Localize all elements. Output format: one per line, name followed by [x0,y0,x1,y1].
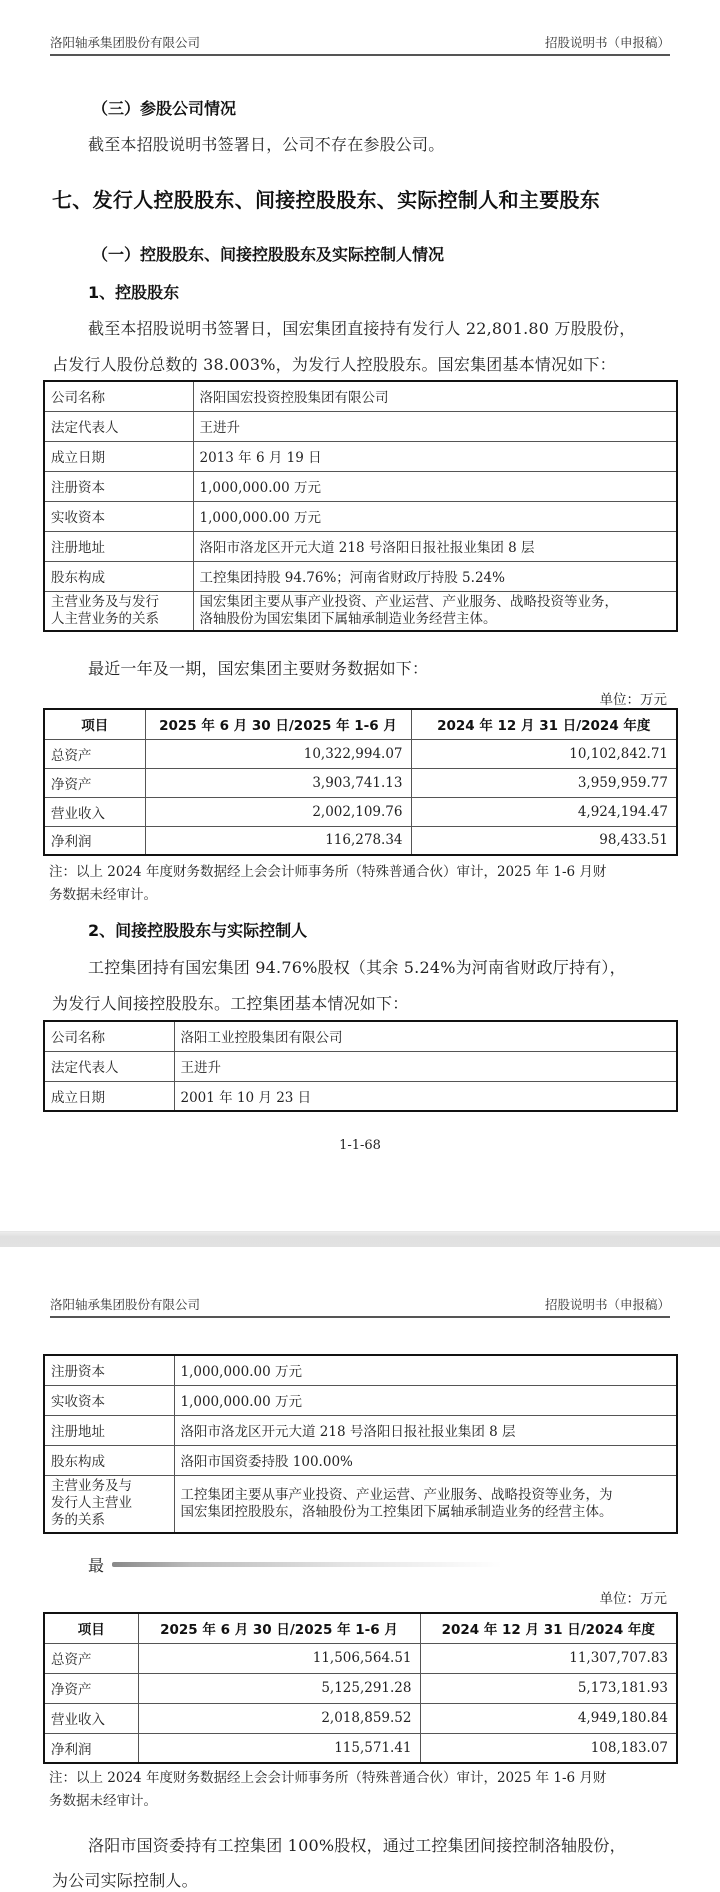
gongkong-info-table-continued: 注册资本 1,000,000.00 万元 实收资本 1,000,000.00 万… [43,1354,678,1534]
table-row: 净资产 5,125,291.28 5,173,181.93 [44,1673,677,1703]
table-row: 主营业务及与 发行人主营业 务的关系 工控集团主要从事产业投资、产业运营、产业服… [44,1475,677,1533]
cell-value: 5,125,291.28 [138,1673,420,1703]
table-value: 洛阳工业控股集团有限公司 [174,1021,677,1051]
label-line: 主营业务及与发行 [51,594,187,611]
paragraph-line: 为公司实际控制人。 [52,1868,198,1891]
loading-blur-strip [112,1562,502,1567]
table-row: 注册资本 1,000,000.00 万元 [44,471,677,501]
header-document-type: 招股说明书（申报稿） [545,1295,670,1313]
table-row: 法定代表人 王进升 [44,411,677,441]
table-label: 主营业务及与发行 人主营业务的关系 [44,591,193,631]
row-label: 营业收入 [44,797,145,826]
label-line: 发行人主营业 [51,1495,168,1512]
item-title-indirect-controller: 2、间接控股股东与实际控制人 [88,918,307,941]
gongkong-financial-table: 项目 2025 年 6 月 30 日/2025 年 1-6 月 2024 年 1… [43,1612,678,1764]
table-value: 国宏集团主要从事产业投资、产业运营、产业服务、战略投资等业务， 洛轴股份为国宏集… [193,591,677,631]
page-header: 洛阳轴承集团股份有限公司 招股说明书（申报稿） [50,36,670,56]
guohong-financial-table: 项目 2025 年 6 月 30 日/2025 年 1-6 月 2024 年 1… [43,708,678,856]
table-value: 工控集团持股 94.76%；河南省财政厅持股 5.24% [193,561,677,591]
table-value: 1,000,000.00 万元 [174,1355,677,1385]
gongkong-info-table: 公司名称 洛阳工业控股集团有限公司 法定代表人 王进升 成立日期 2001 年 … [43,1020,678,1112]
header-document-type: 招股说明书（申报稿） [545,33,670,51]
financial-note-line: 务数据未经审计。 [49,884,157,906]
value-line: 国宏集团控股股东，洛轴股份为工控集团下属轴承制造业务的经营主体。 [181,1504,671,1521]
row-label: 营业收入 [44,1703,138,1733]
cell-value: 4,924,194.47 [411,797,677,826]
table-row: 成立日期 2013 年 6 月 19 日 [44,441,677,471]
label-line: 人主营业务的关系 [51,611,187,628]
financial-note-line: 注：以上 2024 年度财务数据经上会会计师事务所（特殊普通合伙）审计，2025… [49,1767,606,1789]
table-value: 洛阳市洛龙区开元大道 218 号洛阳日报社报业集团 8 层 [174,1415,677,1445]
table-row: 股东构成 洛阳市国资委持股 100.00% [44,1445,677,1475]
column-header: 2024 年 12 月 31 日/2024 年度 [420,1613,677,1643]
table-row: 成立日期 2001 年 10 月 23 日 [44,1081,677,1111]
label-line: 务的关系 [51,1512,168,1529]
paragraph-line: 截至本招股说明书签署日，国宏集团直接持有发行人 22,801.80 万股股份， [88,316,635,339]
table-label: 股东构成 [44,1445,174,1475]
table-value: 工控集团主要从事产业投资、产业运营、产业服务、战略投资等业务，为 国宏集团控股股… [174,1475,677,1533]
table-row: 实收资本 1,000,000.00 万元 [44,501,677,531]
table-row: 公司名称 洛阳工业控股集团有限公司 [44,1021,677,1051]
table-value: 1,000,000.00 万元 [193,501,677,531]
table-row: 法定代表人 王进升 [44,1051,677,1081]
row-label: 净利润 [44,826,145,855]
table-label: 实收资本 [44,501,193,531]
table-value: 2001 年 10 月 23 日 [174,1081,677,1111]
column-header: 2024 年 12 月 31 日/2024 年度 [411,709,677,739]
table-row: 注册地址 洛阳市洛龙区开元大道 218 号洛阳日报社报业集团 8 层 [44,531,677,561]
financial-note-line: 注：以上 2024 年度财务数据经上会会计师事务所（特殊普通合伙）审计，2025… [49,861,606,883]
column-header: 项目 [44,1613,138,1643]
table-value: 洛阳国宏投资控股集团有限公司 [193,381,677,411]
table-row: 股东构成 工控集团持股 94.76%；河南省财政厅持股 5.24% [44,561,677,591]
cell-value: 115,571.41 [138,1733,420,1763]
table-row: 注册资本 1,000,000.00 万元 [44,1355,677,1385]
table-value: 王进升 [174,1051,677,1081]
table-label: 主营业务及与 发行人主营业 务的关系 [44,1475,174,1533]
financial-intro: 最近一年及一期，国宏集团主要财务数据如下： [88,656,428,679]
table-row: 营业收入 2,002,109.76 4,924,194.47 [44,797,677,826]
table-label: 注册资本 [44,471,193,501]
document-page-2: 洛阳轴承集团股份有限公司 招股说明书（申报稿） 注册资本 1,000,000.0… [0,1247,720,1892]
page-number: 1-1-68 [0,1138,720,1153]
table-value: 1,000,000.00 万元 [193,471,677,501]
value-line: 国宏集团主要从事产业投资、产业运营、产业服务、战略投资等业务， [200,594,671,611]
cell-value: 11,506,564.51 [138,1643,420,1673]
table-header-row: 项目 2025 年 6 月 30 日/2025 年 1-6 月 2024 年 1… [44,709,677,739]
table-label: 实收资本 [44,1385,174,1415]
cell-value: 116,278.34 [145,826,411,855]
table-header-row: 项目 2025 年 6 月 30 日/2025 年 1-6 月 2024 年 1… [44,1613,677,1643]
paragraph-line: 洛阳市国资委持有工控集团 100%股权，通过工控集团间接控制洛轴股份， [88,1833,626,1856]
table-value: 洛阳市国资委持股 100.00% [174,1445,677,1475]
page-header: 洛阳轴承集团股份有限公司 招股说明书（申报稿） [50,1298,670,1318]
column-header: 项目 [44,709,145,739]
row-label: 净资产 [44,768,145,797]
table-label: 注册地址 [44,1415,174,1445]
table-row: 实收资本 1,000,000.00 万元 [44,1385,677,1415]
cell-value: 2,002,109.76 [145,797,411,826]
financial-note-line: 务数据未经审计。 [49,1790,157,1812]
row-label: 净利润 [44,1733,138,1763]
table-row: 净利润 116,278.34 98,433.51 [44,826,677,855]
financial-intro-partial: 最 [88,1553,104,1576]
row-label: 总资产 [44,739,145,768]
paragraph-line: 工控集团持有国宏集团 94.76%股权（其余 5.24%为河南省财政厅持有）， [88,955,626,978]
table-value: 洛阳市洛龙区开元大道 218 号洛阳日报社报业集团 8 层 [193,531,677,561]
section-title-equity-participation: （三）参股公司情况 [92,96,236,119]
cell-value: 2,018,859.52 [138,1703,420,1733]
header-company-name: 洛阳轴承集团股份有限公司 [50,33,200,51]
table-value: 王进升 [193,411,677,441]
table-label: 成立日期 [44,441,193,471]
cell-value: 3,959,959.77 [411,768,677,797]
table-label: 成立日期 [44,1081,174,1111]
column-header: 2025 年 6 月 30 日/2025 年 1-6 月 [138,1613,420,1643]
table-row: 主营业务及与发行 人主营业务的关系 国宏集团主要从事产业投资、产业运营、产业服务… [44,591,677,631]
table-label: 公司名称 [44,1021,174,1051]
item-title-controlling-shareholder: 1、控股股东 [88,280,179,303]
table-row: 注册地址 洛阳市洛龙区开元大道 218 号洛阳日报社报业集团 8 层 [44,1415,677,1445]
value-line: 工控集团主要从事产业投资、产业运营、产业服务、战略投资等业务，为 [181,1487,671,1504]
unit-label: 单位：万元 [600,1587,668,1607]
table-row: 公司名称 洛阳国宏投资控股集团有限公司 [44,381,677,411]
label-line: 主营业务及与 [51,1478,168,1495]
document-page-1: 洛阳轴承集团股份有限公司 招股说明书（申报稿） （三）参股公司情况 截至本招股说… [0,0,720,1231]
cell-value: 10,322,994.07 [145,739,411,768]
paragraph-line: 为发行人间接控股股东。工控集团基本情况如下： [52,991,408,1014]
table-row: 总资产 10,322,994.07 10,102,842.71 [44,739,677,768]
table-label: 法定代表人 [44,1051,174,1081]
subsection-title-controlling-shareholders: （一）控股股东、间接控股股东及实际控制人情况 [92,242,444,265]
table-value: 2013 年 6 月 19 日 [193,441,677,471]
cell-value: 5,173,181.93 [420,1673,677,1703]
cell-value: 108,183.07 [420,1733,677,1763]
guohong-info-table: 公司名称 洛阳国宏投资控股集团有限公司 法定代表人 王进升 成立日期 2013 … [43,380,678,632]
table-row: 总资产 11,506,564.51 11,307,707.83 [44,1643,677,1673]
table-row: 净资产 3,903,741.13 3,959,959.77 [44,768,677,797]
table-value: 1,000,000.00 万元 [174,1385,677,1415]
chapter-title: 七、发行人控股股东、间接控股股东、实际控制人和主要股东 [52,184,600,213]
column-header: 2025 年 6 月 30 日/2025 年 1-6 月 [145,709,411,739]
table-label: 公司名称 [44,381,193,411]
paragraph-line: 占发行人股份总数的 38.003%，为发行人控股股东。国宏集团基本情况如下： [52,352,616,375]
cell-value: 11,307,707.83 [420,1643,677,1673]
table-label: 股东构成 [44,561,193,591]
header-company-name: 洛阳轴承集团股份有限公司 [50,1295,200,1313]
table-label: 注册资本 [44,1355,174,1385]
cell-value: 98,433.51 [411,826,677,855]
table-label: 法定代表人 [44,411,193,441]
table-label: 注册地址 [44,531,193,561]
row-label: 净资产 [44,1673,138,1703]
row-label: 总资产 [44,1643,138,1673]
cell-value: 10,102,842.71 [411,739,677,768]
cell-value: 4,949,180.84 [420,1703,677,1733]
unit-label: 单位：万元 [600,688,668,708]
cell-value: 3,903,741.13 [145,768,411,797]
page-separator [0,1231,720,1247]
table-row: 净利润 115,571.41 108,183.07 [44,1733,677,1763]
table-row: 营业收入 2,018,859.52 4,949,180.84 [44,1703,677,1733]
value-line: 洛轴股份为国宏集团下属轴承制造业务经营主体。 [200,611,671,628]
section-text-equity-participation: 截至本招股说明书签署日，公司不存在参股公司。 [88,132,444,155]
